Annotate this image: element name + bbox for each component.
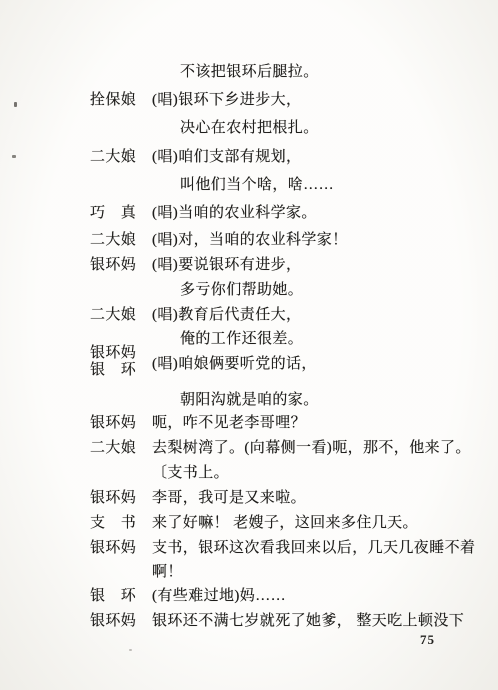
dialogue-text: (唱)教育后代责任大， bbox=[152, 303, 301, 324]
character-name: 银环妈 bbox=[90, 536, 152, 557]
lyric-line: 朝阳沟就是咱的家。 bbox=[180, 388, 319, 409]
dialogue-line: 银 环 (有些难过地)妈…… bbox=[90, 584, 286, 605]
lyric-text: 叫他们当个啥，啥…… bbox=[180, 173, 334, 194]
character-name-stack: 银环妈 银 环 bbox=[90, 345, 152, 379]
dialogue-continuation-line: 啊！ bbox=[152, 560, 183, 581]
character-name: 二大娘 bbox=[90, 145, 152, 166]
dialogue-line: 二大娘 (唱)咱们支部有规划， bbox=[90, 145, 301, 166]
lyric-text: 决心在农村把根扎。 bbox=[180, 116, 319, 137]
dialogue-line: 银环妈 呃，咋不见老李哥哩？ bbox=[90, 411, 306, 432]
dialogue-line-two-speakers: 银环妈 银 环 (唱)咱娘俩要听党的话， bbox=[90, 345, 317, 379]
character-name: 银环妈 bbox=[90, 609, 152, 630]
character-name: 二大娘 bbox=[90, 436, 152, 457]
dialogue-text: (有些难过地)妈…… bbox=[152, 584, 286, 605]
dialogue-line: 二大娘 (唱)教育后代责任大， bbox=[90, 303, 301, 324]
dialogue-text: 李哥，我可是又来啦。 bbox=[152, 486, 306, 507]
lyric-line: 多亏你们帮助她。 bbox=[180, 278, 303, 299]
dialogue-text: (唱)咱们支部有规划， bbox=[152, 145, 301, 166]
dialogue-text: 银环还不满七岁就死了她爹， 整天吃上顿没下 bbox=[152, 609, 464, 630]
page-number: 75 bbox=[420, 632, 435, 648]
dialogue-text: 呃，咋不见老李哥哩？ bbox=[152, 411, 306, 432]
dialogue-line: 银环妈 支书，银环这次看我回来以后，几天几夜睡不着 bbox=[90, 536, 475, 557]
dialogue-text: (唱)咱娘俩要听党的话， bbox=[152, 352, 317, 373]
dialogue-text: 去梨树湾了。(向幕侧一看)呃，那不，他来了。 bbox=[152, 436, 471, 457]
lyric-text: 朝阳沟就是咱的家。 bbox=[180, 388, 319, 409]
character-name: 银环妈 bbox=[90, 345, 152, 362]
dialogue-text: (唱)银环下乡进步大， bbox=[152, 88, 301, 109]
character-name: 银环妈 bbox=[90, 411, 152, 432]
character-name: 拴保娘 bbox=[90, 88, 152, 109]
lyric-line: 不该把银环后腿拉。 bbox=[180, 60, 319, 81]
dialogue-line: 银环妈 银环还不满七岁就死了她爹， 整天吃上顿没下 bbox=[90, 609, 464, 630]
dialogue-text: (唱)要说银环有进步， bbox=[152, 253, 301, 274]
character-name: 银环妈 bbox=[90, 253, 152, 274]
dialogue-text: (唱)对，当咱的农业科学家！ bbox=[152, 228, 348, 249]
stage-direction: 〔支书上。 bbox=[152, 461, 229, 482]
dialogue-text: (唱)当咱的农业科学家。 bbox=[152, 201, 317, 222]
character-name: 支 书 bbox=[90, 511, 152, 532]
dialogue-line: 支 书 来了好嘛！ 老嫂子，这回来多住几天。 bbox=[90, 511, 418, 532]
character-name: 二大娘 bbox=[90, 303, 152, 324]
dialogue-text: 来了好嘛！ 老嫂子，这回来多住几天。 bbox=[152, 511, 418, 532]
dialogue-line: 巧 真 (唱)当咱的农业科学家。 bbox=[90, 201, 317, 222]
dialogue-text: 支书，银环这次看我回来以后，几天几夜睡不着 bbox=[152, 536, 475, 557]
scan-speck bbox=[14, 102, 17, 107]
lyric-line: 叫他们当个啥，啥…… bbox=[180, 173, 334, 194]
dialogue-line: 二大娘 (唱)对，当咱的农业科学家！ bbox=[90, 228, 348, 249]
lyric-text: 多亏你们帮助她。 bbox=[180, 278, 303, 299]
character-name: 二大娘 bbox=[90, 228, 152, 249]
dialogue-text: 啊！ bbox=[152, 560, 183, 581]
scan-speck bbox=[12, 155, 16, 158]
lyric-text: 不该把银环后腿拉。 bbox=[180, 60, 319, 81]
lyric-line: 决心在农村把根扎。 bbox=[180, 116, 319, 137]
dialogue-line: 银环妈 李哥，我可是又来啦。 bbox=[90, 486, 306, 507]
scan-speck bbox=[129, 649, 132, 651]
dialogue-line: 拴保娘 (唱)银环下乡进步大， bbox=[90, 88, 301, 109]
stage-direction-text: 〔支书上。 bbox=[152, 461, 229, 482]
dialogue-line: 银环妈 (唱)要说银环有进步， bbox=[90, 253, 301, 274]
character-name: 银 环 bbox=[90, 362, 152, 379]
character-name: 银环妈 bbox=[90, 486, 152, 507]
character-name: 巧 真 bbox=[90, 201, 152, 222]
dialogue-line: 二大娘 去梨树湾了。(向幕侧一看)呃，那不，他来了。 bbox=[90, 436, 471, 457]
scanned-script-page: 不该把银环后腿拉。 拴保娘 (唱)银环下乡进步大， 决心在农村把根扎。 二大娘 … bbox=[0, 0, 498, 690]
character-name: 银 环 bbox=[90, 584, 152, 605]
